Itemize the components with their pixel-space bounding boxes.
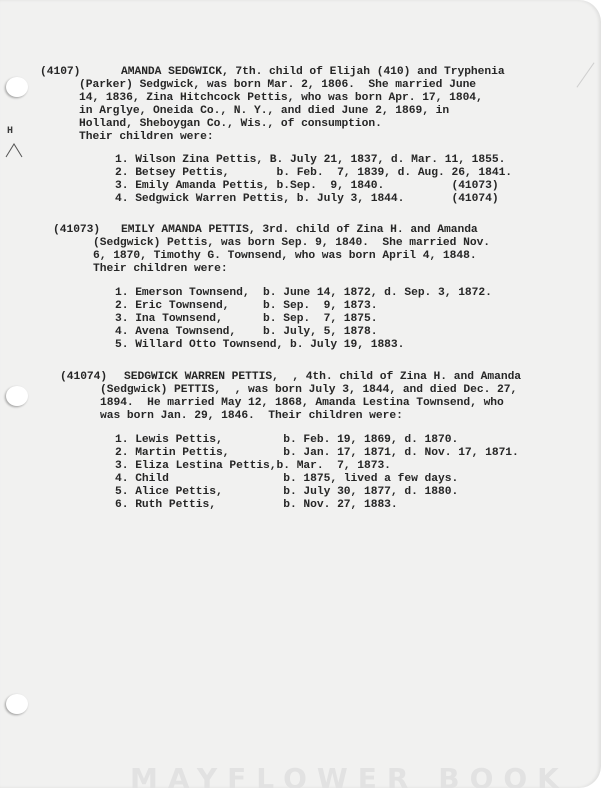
- child-item: 4. Child b. 1875, lived a few days.: [115, 473, 458, 486]
- document-page: H (4107) AMANDA SEDGWICK, 7th. child of …: [0, 0, 601, 788]
- punch-hole-bottom: [6, 694, 28, 714]
- entry-line: (Parker) Sedgwick, was born Mar. 2, 1806…: [79, 79, 476, 92]
- punch-hole-middle: [6, 386, 28, 406]
- margin-note: H: [7, 126, 13, 137]
- entry-id: (41074): [60, 371, 107, 384]
- entry-line: 6, 1870, Timothy G. Townsend, who was bo…: [93, 250, 477, 263]
- entry-id: (41073): [53, 224, 100, 237]
- child-item: 1. Emerson Townsend, b. June 14, 1872, d…: [115, 287, 492, 300]
- entry-line: (Sedgwick) PETTIS, , was born July 3, 18…: [100, 384, 517, 397]
- entry-line: Their children were:: [93, 263, 228, 276]
- child-item: 5. Alice Pettis, b. July 30, 1877, d. 18…: [115, 486, 458, 499]
- child-item: 4. Avena Townsend, b. July, 5, 1878.: [115, 326, 377, 339]
- child-item: 5. Willard Otto Townsend, b. July 19, 18…: [115, 339, 404, 352]
- child-item: 4. Sedgwick Warren Pettis, b. July 3, 18…: [115, 193, 499, 206]
- entry-line: 1894. He married May 12, 1868, Amanda Le…: [100, 397, 504, 410]
- entry-line: Their children were:: [79, 131, 214, 144]
- entry-line: AMANDA SEDGWICK, 7th. child of Elijah (4…: [121, 66, 505, 79]
- child-item: 3. Ina Townsend, b. Sep. 7, 1875.: [115, 313, 377, 326]
- child-item: 2. Martin Pettis, b. Jan. 17, 1871, d. N…: [115, 447, 519, 460]
- entry-line: (Sedgwick) Pettis, was born Sep. 9, 1840…: [93, 237, 490, 250]
- entry-line: in Arglye, Oneida Co., N. Y., and died J…: [79, 105, 449, 118]
- child-item: 3. Emily Amanda Pettis, b.Sep. 9, 1840. …: [115, 180, 499, 193]
- child-item: 6. Ruth Pettis, b. Nov. 27, 1883.: [115, 499, 398, 512]
- caret-mark-icon: [4, 142, 32, 158]
- child-item: 1. Lewis Pettis, b. Feb. 19, 1869, d. 18…: [115, 434, 458, 447]
- paper-watermark: MAYFLOWER BOOK: [130, 762, 569, 788]
- paper-scratch: [576, 62, 594, 87]
- entry-line: was born Jan. 29, 1846. Their children w…: [100, 410, 403, 423]
- entry-line: 14, 1836, Zina Hitchcock Pettis, who was…: [79, 92, 483, 105]
- entry-id: (4107): [40, 66, 80, 79]
- child-item: 1. Wilson Zina Pettis, B. July 21, 1837,…: [115, 154, 505, 167]
- entry-line: Holland, Sheboygan Co., Wis., of consump…: [79, 118, 382, 131]
- entry-line: EMILY AMANDA PETTIS, 3rd. child of Zina …: [121, 224, 478, 237]
- entry-line: SEDGWICK WARREN PETTIS, , 4th. child of …: [124, 371, 521, 384]
- child-item: 3. Eliza Lestina Pettis,b. Mar. 7, 1873.: [115, 460, 391, 473]
- punch-hole-top: [6, 77, 28, 97]
- child-item: 2. Betsey Pettis, b. Feb. 7, 1839, d. Au…: [115, 167, 512, 180]
- child-item: 2. Eric Townsend, b. Sep. 9, 1873.: [115, 300, 377, 313]
